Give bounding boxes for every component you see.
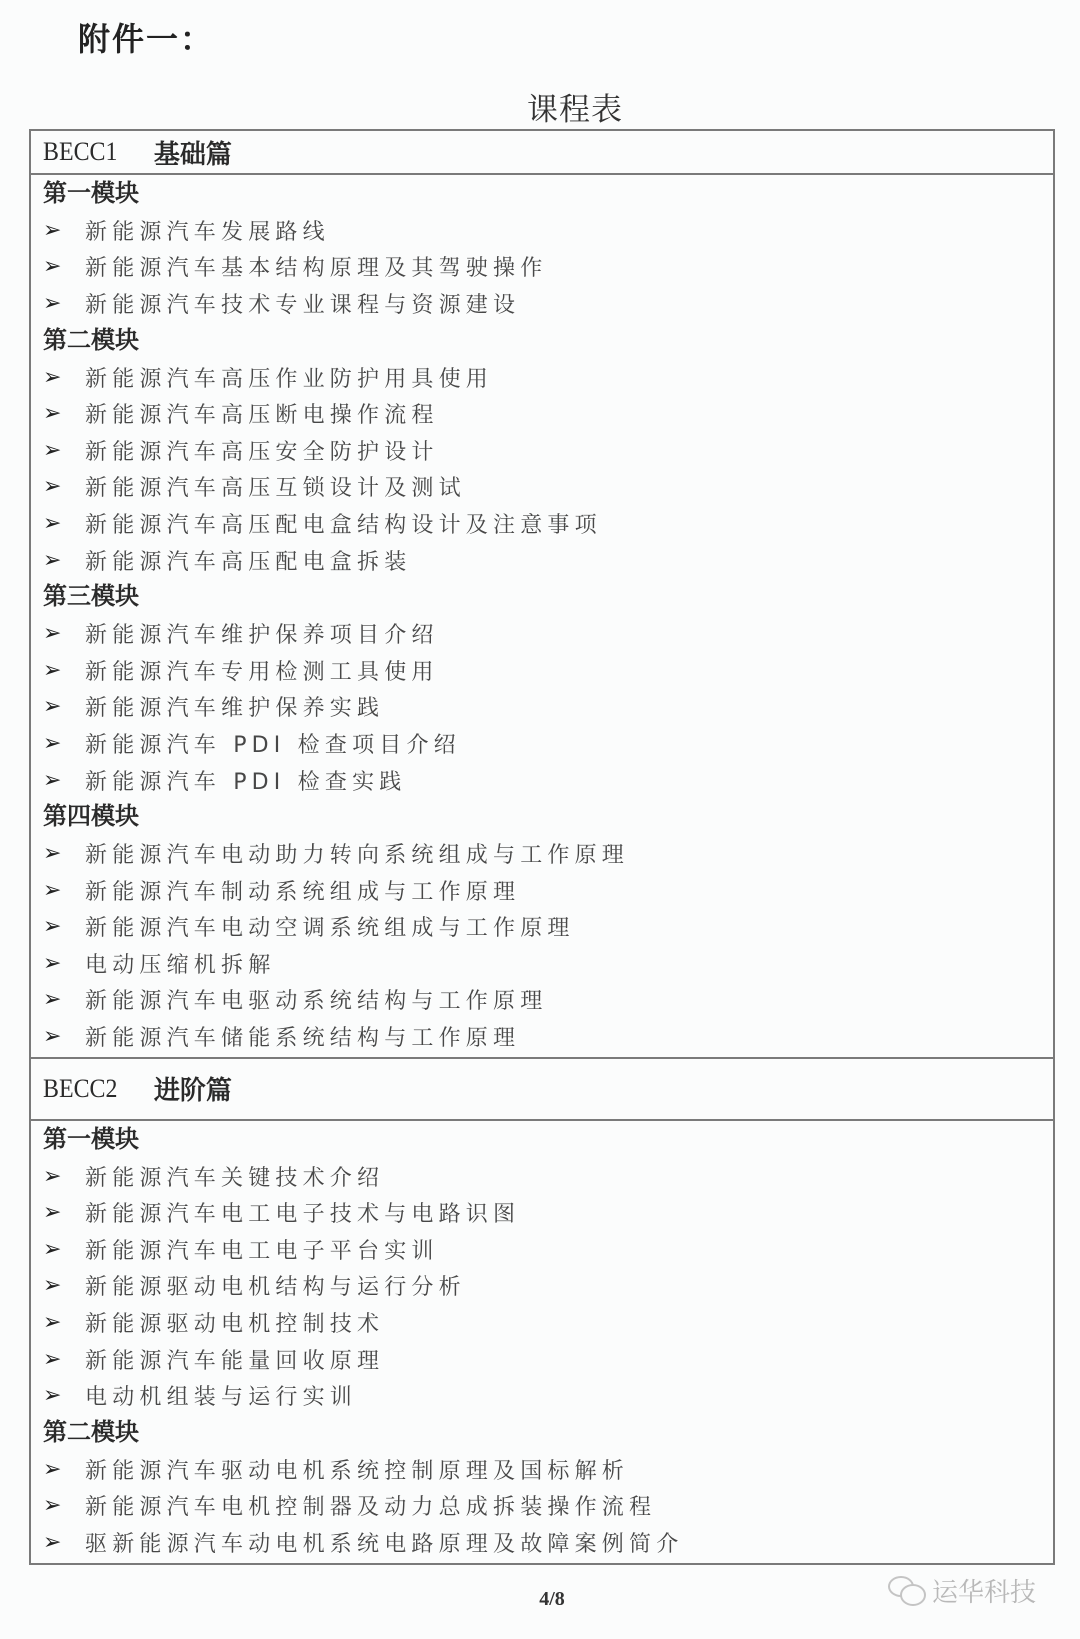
arrow-bullet-icon: ➢ [43,438,85,463]
list-item: ➢新能源汽车电工电子平台实训 [43,1231,1053,1268]
module-title: 第二模块 [43,1414,1053,1451]
arrow-bullet-icon: ➢ [43,841,85,866]
watermark: 运华科技 [888,1572,1036,1609]
list-item-text: 新能源汽车电动空调系统组成与工作原理 [85,911,575,942]
list-item-text: 新能源汽车制动系统组成与工作原理 [85,875,520,906]
arrow-bullet-icon: ➢ [43,1493,85,1518]
course-code: BECC1 [43,137,117,167]
arrow-bullet-icon: ➢ [43,1237,85,1262]
list-item-text: 新能源汽车电动助力转向系统组成与工作原理 [85,838,629,869]
arrow-bullet-icon: ➢ [43,401,85,426]
list-item: ➢新能源汽车高压安全防护设计 [43,432,1053,469]
list-item-text: 新能源汽车高压断电操作流程 [85,398,439,429]
list-item-text: 新能源汽车电工电子平台实训 [85,1234,439,1265]
wechat-icon [888,1576,926,1606]
arrow-bullet-icon: ➢ [43,474,85,499]
list-item: ➢新能源汽车高压配电盒拆装 [43,542,1053,579]
list-item: ➢驱新能源汽车动电机系统电路原理及故障案例简介 [43,1524,1053,1561]
arrow-bullet-icon: ➢ [43,218,85,243]
list-item-text: 新能源汽车维护保养实践 [85,691,384,722]
arrow-bullet-icon: ➢ [43,254,85,279]
arrow-bullet-icon: ➢ [43,1347,85,1372]
list-item: ➢新能源汽车技术专业课程与资源建设 [43,285,1053,322]
arrow-bullet-icon: ➢ [43,914,85,939]
course-header-becc2: BECC2 进阶篇 [31,1057,1053,1121]
course-code: BECC2 [43,1074,117,1104]
list-item-text: 新能源汽车电机控制器及动力总成拆装操作流程 [85,1490,656,1521]
module-title: 第一模块 [43,1121,1053,1158]
list-item: ➢新能源汽车电动助力转向系统组成与工作原理 [43,835,1053,872]
list-item: ➢新能源汽车维护保养实践 [43,689,1053,726]
list-item-text: 新能源汽车电工电子技术与电路识图 [85,1197,520,1228]
list-item: ➢新能源汽车电驱动系统结构与工作原理 [43,982,1053,1019]
list-item: ➢新能源汽车制动系统组成与工作原理 [43,872,1053,909]
list-item: ➢新能源汽车高压互锁设计及测试 [43,469,1053,506]
list-item-text: 新能源汽车驱动电机系统控制原理及国标解析 [85,1454,629,1485]
list-item-text: 新能源汽车能量回收原理 [85,1344,384,1375]
list-item-text: 新能源汽车 PDI 检查实践 [85,765,406,796]
list-item-text: 新能源汽车高压互锁设计及测试 [85,471,466,502]
list-item: ➢新能源汽车 PDI 检查项目介绍 [43,725,1053,762]
list-item-text: 新能源汽车关键技术介绍 [85,1161,384,1192]
list-item: ➢新能源驱动电机控制技术 [43,1304,1053,1341]
list-item: ➢新能源汽车高压作业防护用具使用 [43,359,1053,396]
list-item: ➢新能源汽车 PDI 检查实践 [43,762,1053,799]
arrow-bullet-icon: ➢ [43,1164,85,1189]
list-item: ➢新能源汽车电机控制器及动力总成拆装操作流程 [43,1488,1053,1525]
module-title: 第四模块 [43,798,1053,835]
module-title: 第二模块 [43,322,1053,359]
list-item-text: 新能源汽车技术专业课程与资源建设 [85,288,520,319]
list-item: ➢新能源汽车储能系统结构与工作原理 [43,1018,1053,1055]
list-item-text: 新能源汽车专用检测工具使用 [85,655,439,686]
course-name: 进阶篇 [154,1070,232,1107]
arrow-bullet-icon: ➢ [43,987,85,1012]
list-item: ➢电动压缩机拆解 [43,945,1053,982]
list-item-text: 新能源汽车维护保养项目介绍 [85,618,439,649]
arrow-bullet-icon: ➢ [43,621,85,646]
page-title: 课程表 [0,84,1080,129]
list-item-text: 新能源汽车高压配电盒拆装 [85,545,411,576]
list-item-text: 新能源驱动电机控制技术 [85,1307,384,1338]
arrow-bullet-icon: ➢ [43,511,85,536]
arrow-bullet-icon: ➢ [43,291,85,316]
list-item-text: 新能源汽车 PDI 检查项目介绍 [85,728,461,759]
list-item: ➢新能源汽车驱动电机系统控制原理及国标解析 [43,1451,1053,1488]
list-item-text: 新能源汽车高压安全防护设计 [85,435,439,466]
module-title: 第三模块 [43,578,1053,615]
attachment-label: 附件一： [78,14,214,60]
list-item: ➢新能源汽车高压断电操作流程 [43,395,1053,432]
arrow-bullet-icon: ➢ [43,768,85,793]
list-item-text: 新能源汽车高压作业防护用具使用 [85,362,493,393]
list-item-text: 新能源驱动电机结构与运行分析 [85,1270,466,1301]
list-item-text: 驱新能源汽车动电机系统电路原理及故障案例简介 [85,1527,683,1558]
course-body-becc2: 第一模块 ➢新能源汽车关键技术介绍 ➢新能源汽车电工电子技术与电路识图 ➢新能源… [31,1121,1053,1563]
list-item: ➢电动机组装与运行实训 [43,1377,1053,1414]
course-name: 基础篇 [154,134,232,171]
list-item: ➢新能源汽车维护保养项目介绍 [43,615,1053,652]
module-title: 第一模块 [43,175,1053,212]
arrow-bullet-icon: ➢ [43,1310,85,1335]
arrow-bullet-icon: ➢ [43,731,85,756]
arrow-bullet-icon: ➢ [43,878,85,903]
list-item: ➢新能源汽车发展路线 [43,212,1053,249]
arrow-bullet-icon: ➢ [43,365,85,390]
arrow-bullet-icon: ➢ [43,1457,85,1482]
arrow-bullet-icon: ➢ [43,1383,85,1408]
arrow-bullet-icon: ➢ [43,658,85,683]
arrow-bullet-icon: ➢ [43,1200,85,1225]
list-item: ➢新能源汽车能量回收原理 [43,1341,1053,1378]
list-item: ➢新能源汽车基本结构原理及其驾驶操作 [43,249,1053,286]
list-item-text: 电动压缩机拆解 [85,948,275,979]
list-item: ➢新能源汽车电工电子技术与电路识图 [43,1194,1053,1231]
list-item-text: 新能源汽车基本结构原理及其驾驶操作 [85,251,547,282]
list-item-text: 电动机组装与运行实训 [85,1380,357,1411]
arrow-bullet-icon: ➢ [43,1530,85,1555]
arrow-bullet-icon: ➢ [43,1024,85,1049]
arrow-bullet-icon: ➢ [43,951,85,976]
list-item: ➢新能源汽车关键技术介绍 [43,1158,1053,1195]
arrow-bullet-icon: ➢ [43,694,85,719]
list-item-text: 新能源汽车发展路线 [85,215,330,246]
arrow-bullet-icon: ➢ [43,548,85,573]
list-item-text: 新能源汽车电驱动系统结构与工作原理 [85,984,547,1015]
list-item-text: 新能源汽车高压配电盒结构设计及注意事项 [85,508,602,539]
watermark-text: 运华科技 [932,1572,1036,1609]
arrow-bullet-icon: ➢ [43,1273,85,1298]
course-header-becc1: BECC1 基础篇 [31,131,1053,175]
list-item: ➢新能源汽车专用检测工具使用 [43,652,1053,689]
list-item: ➢新能源汽车电动空调系统组成与工作原理 [43,909,1053,946]
course-body-becc1: 第一模块 ➢新能源汽车发展路线 ➢新能源汽车基本结构原理及其驾驶操作 ➢新能源汽… [31,175,1053,1057]
course-table: BECC1 基础篇 第一模块 ➢新能源汽车发展路线 ➢新能源汽车基本结构原理及其… [29,129,1055,1565]
list-item-text: 新能源汽车储能系统结构与工作原理 [85,1021,520,1052]
list-item: ➢新能源驱动电机结构与运行分析 [43,1268,1053,1305]
list-item: ➢新能源汽车高压配电盒结构设计及注意事项 [43,505,1053,542]
